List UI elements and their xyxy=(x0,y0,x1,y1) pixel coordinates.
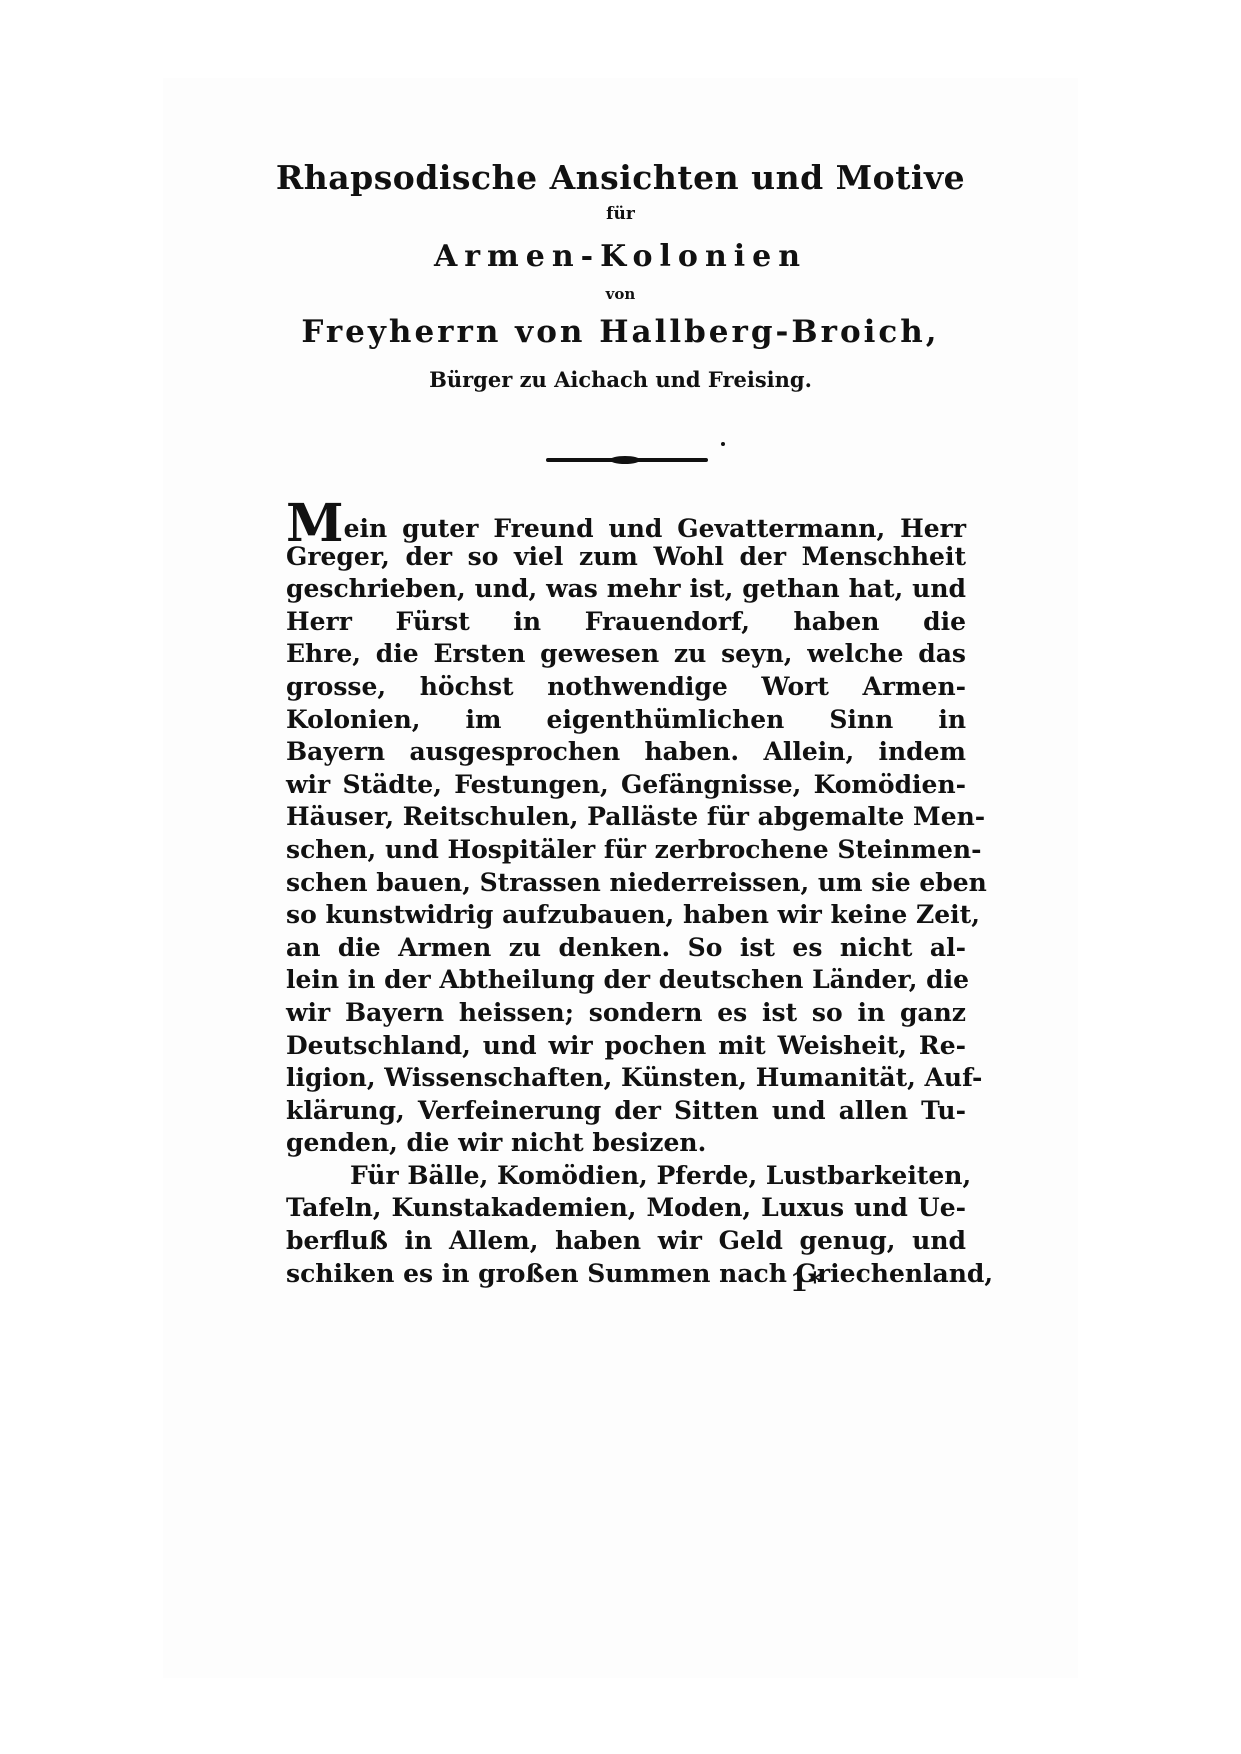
text-line: Herr Fürst in Frauendorf, haben die xyxy=(286,606,966,639)
signature-mark: 1* xyxy=(790,1268,822,1298)
title-subject: Armen-Kolonien xyxy=(0,240,1241,273)
text-line-paragraph-start: Für Bälle, Komödien, Pferde, Lustbarkeit… xyxy=(286,1160,966,1193)
text-line: wir Bayern heissen; sondern es ist so in… xyxy=(286,997,966,1030)
text-line: schen, und Hospitäler für zerbrochene St… xyxy=(286,834,966,867)
text-line: an die Armen zu denken. So ist es nicht … xyxy=(286,932,966,965)
text-line: Kolonien, im eigenthümlichen Sinn in xyxy=(286,704,966,737)
text-line: Ehre, die Ersten gewesen zu seyn, welche… xyxy=(286,638,966,671)
text-line: klärung, Verfeinerung der Sitten und all… xyxy=(286,1095,966,1128)
text-line: ligion, Wissenschaften, Künsten, Humanit… xyxy=(286,1062,966,1095)
text-line: Bayern ausgesprochen haben. Allein, inde… xyxy=(286,736,966,769)
text-line: geschrieben, und, was mehr ist, gethan h… xyxy=(286,573,966,606)
title-author: Freyherrn von Hallberg-Broich, xyxy=(0,315,1241,349)
text-line: Deutschland, und wir pochen mit Weisheit… xyxy=(286,1030,966,1063)
text-line: Greger, der so viel zum Wohl der Menschh… xyxy=(286,541,966,574)
body-text: Mein guter Freund und Gevattermann, Herr… xyxy=(286,508,966,1290)
text-line: so kunstwidrig aufzubauen, haben wir kei… xyxy=(286,899,966,932)
text-line: schen bauen, Strassen niederreissen, um … xyxy=(286,867,966,900)
text-line-paragraph-end: genden, die wir nicht besizen. xyxy=(286,1127,966,1160)
title-von: von xyxy=(0,286,1241,303)
ink-speck xyxy=(721,442,725,446)
text-line: Mein guter Freund und Gevattermann, Herr xyxy=(286,508,966,541)
title-fuer: für xyxy=(0,205,1241,224)
text-line: Tafeln, Kunstakademien, Moden, Luxus und… xyxy=(286,1192,966,1225)
ornamental-divider xyxy=(546,458,708,462)
text-line: schiken es in großen Summen nach Grieche… xyxy=(286,1258,966,1291)
title-author-affiliation: Bürger zu Aichach und Freising. xyxy=(0,368,1241,391)
text-line: grosse, höchst nothwendige Wort Armen- xyxy=(286,671,966,704)
text-line: wir Städte, Festungen, Gefängnisse, Komö… xyxy=(286,769,966,802)
text-line: berfluß in Allem, haben wir Geld genug, … xyxy=(286,1225,966,1258)
text-line: lein in der Abtheilung der deutschen Län… xyxy=(286,964,966,997)
title-main: Rhapsodische Ansichten und Motive xyxy=(0,160,1241,196)
text-line: Häuser, Reitschulen, Palläste für abgema… xyxy=(286,801,966,834)
